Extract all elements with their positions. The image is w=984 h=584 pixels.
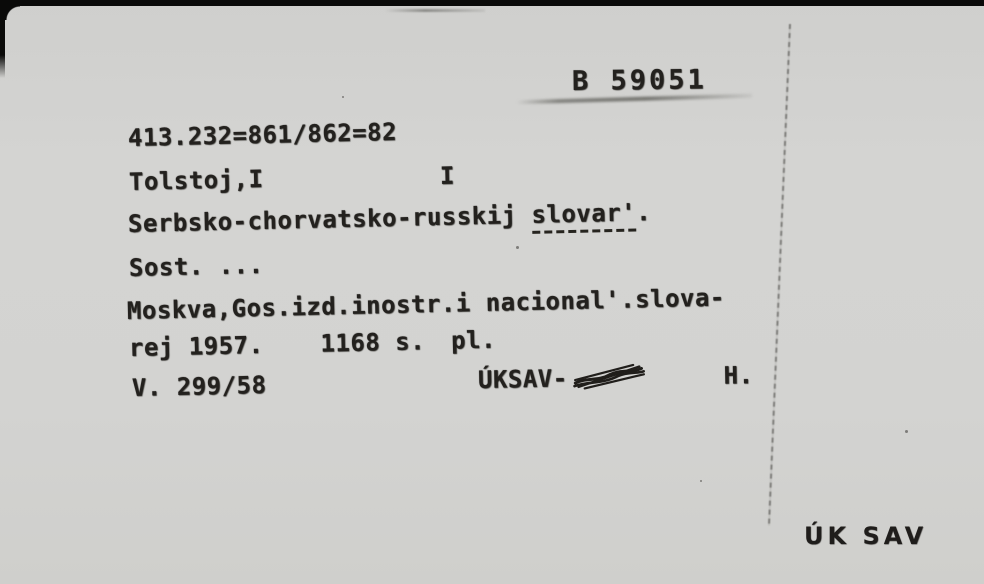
statement-of-responsibility: Sost. ... [129,251,264,282]
holder-mark: ÚKSAV- [478,364,568,394]
title-underlined-word: slovar' [531,198,636,233]
title-suffix: . [636,198,652,226]
crease-line [768,24,791,526]
top-smudge-mark [385,9,485,12]
accession-number: V. 299/58 [132,371,267,402]
scan-corner-top-left [0,0,20,20]
paper-speck [342,96,344,98]
imprint-line-1: Moskva,Gos.izd.inostr.i nacional'.slova- [127,283,725,325]
paper-speck [516,246,519,249]
title-line: Serbsko-chorvatsko-russkij slovar'. [128,198,652,238]
card-paper: B 59051 413.232=861/862=82 Tolstoj,I I S… [0,0,984,584]
author-heading: Tolstoj,I [129,165,264,196]
scanned-catalog-card: B 59051 413.232=861/862=82 Tolstoj,I I S… [0,0,984,584]
plates-note: pl. [451,326,496,355]
shelf-mark: B 59051 [572,64,707,97]
title-main: Serbsko-chorvatsko-russkij [128,201,532,238]
paper-speck [460,310,462,312]
scan-edge-top [0,0,984,6]
copy-mark: I [440,162,456,190]
paper-speck [905,430,908,433]
classification-number: 413.232=861/862=82 [128,118,398,152]
library-stamp: ÚK SAV [804,522,927,550]
extent-pages: 1168 s. [320,327,425,357]
paper-speck [700,480,702,482]
holder-line: ÚKSAV- H. [478,361,754,394]
imprint-continuation: rej 1957. [129,331,264,362]
handwritten-annotation: H. [723,361,753,390]
scribble-strikeout-icon [571,362,646,391]
imprint-line-2: rej 1957.1168 s.pl. [129,326,497,362]
